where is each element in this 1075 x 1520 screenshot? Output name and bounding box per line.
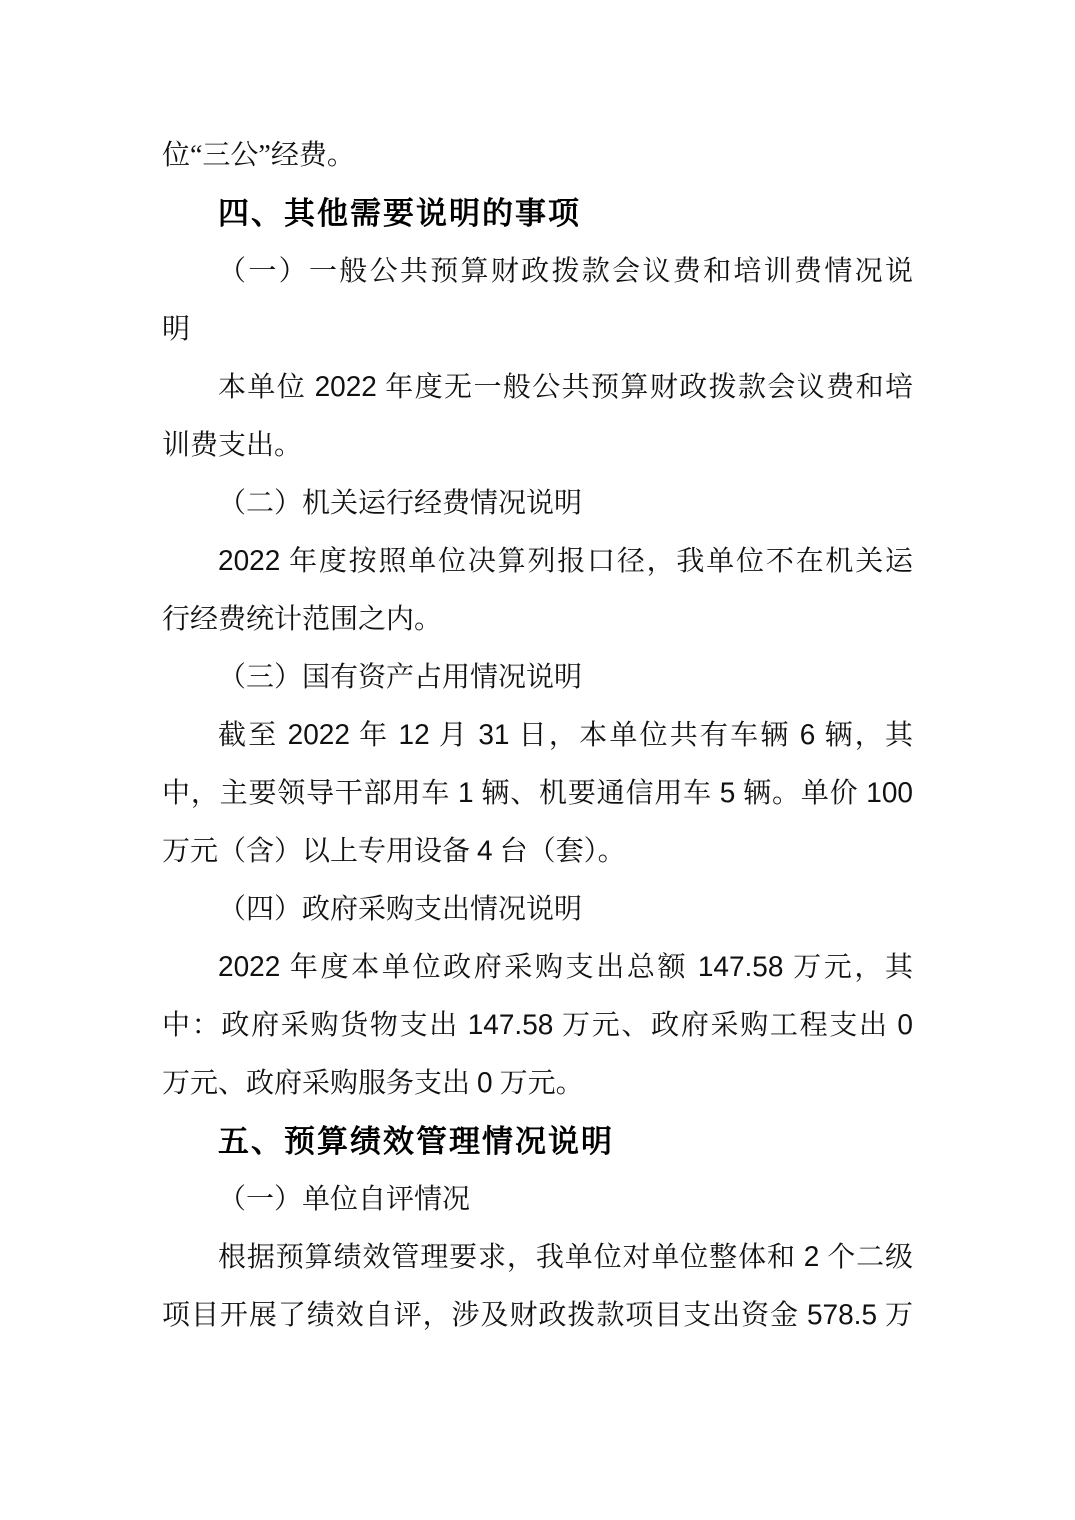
paragraph-line: 2022 年度本单位政府采购支出总额 147.58 万元，其 bbox=[162, 939, 913, 997]
subsection-heading: （三）国有资产占用情况说明 bbox=[162, 649, 913, 707]
paragraph-line: 项目开展了绩效自评，涉及财政拨款项目支出资金 578.5 万 bbox=[162, 1287, 913, 1345]
subsection-heading: （四）政府采购支出情况说明 bbox=[162, 881, 913, 939]
paragraph-line: 训费支出。 bbox=[162, 417, 913, 475]
subsection-heading: （一）一般公共预算财政拨款会议费和培训费情况说 bbox=[162, 243, 913, 301]
paragraph-line: 万元（含）以上专用设备 4 台（套）。 bbox=[162, 823, 913, 881]
document-page: 位“三公”经费。 四、其他需要说明的事项 （一）一般公共预算财政拨款会议费和培训… bbox=[0, 0, 1075, 1520]
section-heading-5: 五、预算绩效管理情况说明 bbox=[162, 1113, 913, 1171]
paragraph-line: 中：政府采购货物支出 147.58 万元、政府采购工程支出 0 bbox=[162, 997, 913, 1055]
paragraph-line: 本单位 2022 年度无一般公共预算财政拨款会议费和培 bbox=[162, 359, 913, 417]
paragraph-line: 位“三公”经费。 bbox=[162, 127, 913, 185]
subsection-heading: （二）机关运行经费情况说明 bbox=[162, 475, 913, 533]
paragraph-line: 中，主要领导干部用车 1 辆、机要通信用车 5 辆。单价 100 bbox=[162, 765, 913, 823]
paragraph-line: 2022 年度按照单位决算列报口径，我单位不在机关运 bbox=[162, 533, 913, 591]
paragraph-line: 万元、政府采购服务支出 0 万元。 bbox=[162, 1055, 913, 1113]
subsection-heading-continuation: 明 bbox=[162, 301, 913, 359]
section-heading-4: 四、其他需要说明的事项 bbox=[162, 185, 913, 243]
paragraph-line: 截至 2022 年 12 月 31 日，本单位共有车辆 6 辆，其 bbox=[162, 707, 913, 765]
paragraph-line: 行经费统计范围之内。 bbox=[162, 591, 913, 649]
subsection-heading: （一）单位自评情况 bbox=[162, 1171, 913, 1229]
paragraph-line: 根据预算绩效管理要求，我单位对单位整体和 2 个二级 bbox=[162, 1229, 913, 1287]
